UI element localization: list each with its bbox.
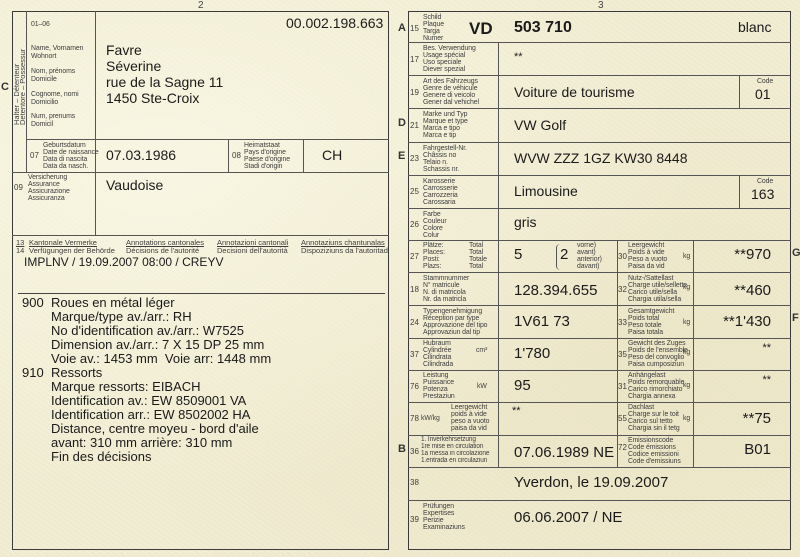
divider [693, 240, 694, 467]
insurance-value: Vaudoise [106, 177, 163, 193]
field-num-21: 21 [410, 121, 419, 130]
divider [739, 175, 740, 208]
seats-total: 5 [514, 246, 522, 263]
holder-label: Domicile [31, 75, 57, 83]
field-num-19: 19 [410, 88, 419, 97]
field-num-08: 08 [232, 151, 241, 160]
annotation-entry: IMPLNV / 19.09.2007 08:00 / CREYV [24, 255, 223, 269]
field-num-09: 09 [14, 183, 23, 192]
annotation-sub-it: Decisioni dell'autorità [217, 247, 288, 255]
field-num-78: 78 [410, 414, 419, 423]
type-label: Gener dal vehichel [423, 98, 479, 106]
field-num-30: 30 [618, 252, 627, 261]
inspections-label: Examinaziuns [423, 523, 465, 531]
unit-kg: kg [683, 318, 690, 326]
divider [12, 172, 389, 173]
emission-label: Code d'emissiuns [628, 457, 681, 465]
field-num-37: 37 [410, 350, 419, 359]
field-num-18: 18 [410, 285, 419, 294]
field-num-32: 32 [618, 285, 627, 294]
divider [498, 42, 499, 467]
chassis-label: Schassis nr. [423, 165, 459, 173]
matricule-number: 128.394.655 [514, 282, 597, 299]
insurance-label: Assicuranza [28, 194, 65, 202]
plate-color: blanc [738, 19, 771, 35]
type-approval-label: Approvaziun dal tip [423, 328, 480, 336]
field-num-26: 26 [410, 220, 419, 229]
roof-load-label: Chargia sin il tetg [628, 424, 680, 432]
holder-label: Wohnort [31, 52, 56, 60]
annotation-sub-fr: Décisions de l'autorité [126, 247, 199, 255]
holder-city: 1450 Ste-Croix [106, 90, 199, 106]
plate-canton: VD [469, 19, 493, 39]
holder-role-label-it: Detentore – Possessur [19, 49, 27, 125]
divider [739, 75, 740, 108]
vehicle-color: gris [514, 214, 537, 230]
total-weight-label: Paisa totala [628, 328, 663, 336]
holder-label: Domicilio [31, 98, 58, 106]
field-num-07: 07 [30, 151, 39, 160]
train-weight-value: ** [700, 342, 771, 354]
power-weight-value: ** [512, 405, 521, 417]
field-num-39: 39 [410, 515, 419, 524]
side-letter-d: D [398, 117, 406, 129]
type-code-label: Code [757, 77, 773, 85]
vehicle-type: Voiture de tourisme [514, 84, 635, 100]
unit-cm3: cm³ [476, 346, 487, 354]
page-number-left: 2 [198, 0, 204, 11]
side-letter-a: A [398, 22, 406, 34]
annotation-sub-de: Verfügungen der Behörde [29, 247, 115, 255]
make-label: Marca e tip [423, 131, 456, 139]
seats-label: Plazs: [423, 262, 441, 270]
decision-code-900: 900 [22, 296, 44, 310]
seats-front: 2 [560, 246, 568, 263]
field-num-35: 35 [618, 350, 627, 359]
body-code: 163 [751, 186, 774, 202]
holder-first-name: Séverine [106, 58, 161, 74]
divider [12, 235, 389, 236]
field-range: 01–06 [31, 20, 50, 28]
side-letter-g: G [792, 247, 800, 259]
field-num-17: 17 [410, 55, 419, 64]
seats-front-label: davant) [577, 262, 599, 270]
decision-line: Fin des décisions [51, 450, 151, 464]
field-num-31: 31 [618, 382, 627, 391]
document-number: 00.002.198.663 [286, 15, 383, 31]
special-use-label: Diever spezial [423, 65, 465, 73]
first-registration-label: 1.entrada en circulaziun [421, 457, 487, 465]
divider [228, 139, 229, 172]
birth-date: 07.03.1986 [106, 147, 176, 163]
displacement-label: Cilindrada [423, 360, 453, 368]
plate-label: Numer [423, 34, 443, 42]
side-letter-f: F [792, 312, 799, 324]
matricule-label: Nr. da matricla [423, 295, 466, 303]
annotation-sub-rm: Dispoziziuns da l'autoritad [301, 247, 388, 255]
unit-kg: kg [683, 348, 690, 356]
side-letter-b: B [398, 443, 406, 455]
special-use-value: ** [514, 51, 523, 63]
place-date: Yverdon, le 19.09.2007 [514, 474, 668, 491]
power-label: Prestaziun [423, 392, 455, 400]
train-weight-label: Paisa cumposiziun [628, 360, 684, 368]
field-num-36: 36 [410, 447, 419, 456]
holder-street: rue de la Sagne 11 [106, 74, 223, 90]
unit-kg: kg [683, 381, 690, 389]
unit-kw: kW [477, 382, 487, 390]
divider [408, 208, 791, 209]
field-num-72: 72 [618, 443, 627, 452]
total-weight-value: **1'430 [700, 313, 771, 330]
field-num-55: 55 [618, 414, 627, 423]
divider [408, 500, 791, 501]
type-approval-number: 1V61 73 [514, 313, 570, 330]
field-num-15: 15 [410, 24, 419, 33]
chassis-number: WVW ZZZ 1GZ KW30 8448 [514, 150, 687, 166]
displacement-value: 1'780 [514, 345, 550, 362]
unit-kg: kg [683, 283, 690, 291]
payload-label: Chargia utila/sella [628, 295, 681, 303]
field-num-76: 76 [410, 382, 419, 391]
field-num-25: 25 [410, 187, 419, 196]
empty-weight-label: Paisa da vid [628, 262, 664, 270]
first-registration-value: 07.06.1989 NE [514, 444, 614, 461]
divider [408, 338, 791, 339]
origin-country: CH [322, 147, 342, 163]
emission-code: B01 [700, 441, 771, 458]
divider [408, 467, 791, 468]
power-value: 95 [514, 377, 531, 394]
field-num-38: 38 [410, 478, 419, 487]
field-num-33: 33 [618, 318, 627, 327]
side-letter-c: C [1, 81, 9, 93]
unit-kg: kg [683, 252, 690, 260]
origin-label: Stadi d'origin [244, 162, 282, 170]
body-code-label: Code [757, 177, 773, 185]
holder-label: Domicil [31, 120, 53, 128]
inspections-value: 06.06.2007 / NE [514, 509, 622, 526]
field-num-23: 23 [410, 154, 419, 163]
page-number-right: 3 [598, 0, 604, 11]
roof-load-value: **75 [700, 410, 771, 427]
plate-number: 503 710 [514, 19, 572, 37]
divider [408, 240, 791, 241]
vehicle-make: VW Golf [514, 117, 566, 133]
trailer-load-value: ** [700, 374, 771, 386]
divider [303, 139, 304, 172]
field-num-27: 27 [410, 252, 419, 261]
seats-total-label: Total [469, 262, 483, 270]
field-num-24: 24 [410, 318, 419, 327]
empty-weight-value: **970 [700, 246, 771, 263]
trailer-load-label: Chargia annexa [628, 392, 675, 400]
side-letter-e: E [398, 150, 405, 162]
holder-surname: Favre [106, 42, 142, 58]
power-weight-label: paisa da vid [451, 424, 487, 432]
field-num-14: 14 [16, 247, 24, 255]
unit-kw-kg: kW/kg [421, 414, 440, 422]
divider [18, 293, 385, 294]
color-label: Colur [423, 231, 439, 239]
type-code: 01 [755, 86, 771, 102]
birth-label: Data da nasch. [43, 162, 88, 170]
divider [408, 370, 791, 371]
body-type: Limousine [514, 183, 578, 199]
unit-kg: kg [683, 414, 690, 422]
divider [408, 175, 791, 176]
decision-code-910: 910 [22, 366, 44, 380]
divider [95, 172, 96, 235]
payload-value: **460 [700, 282, 771, 299]
body-label: Carossaria [423, 198, 455, 206]
